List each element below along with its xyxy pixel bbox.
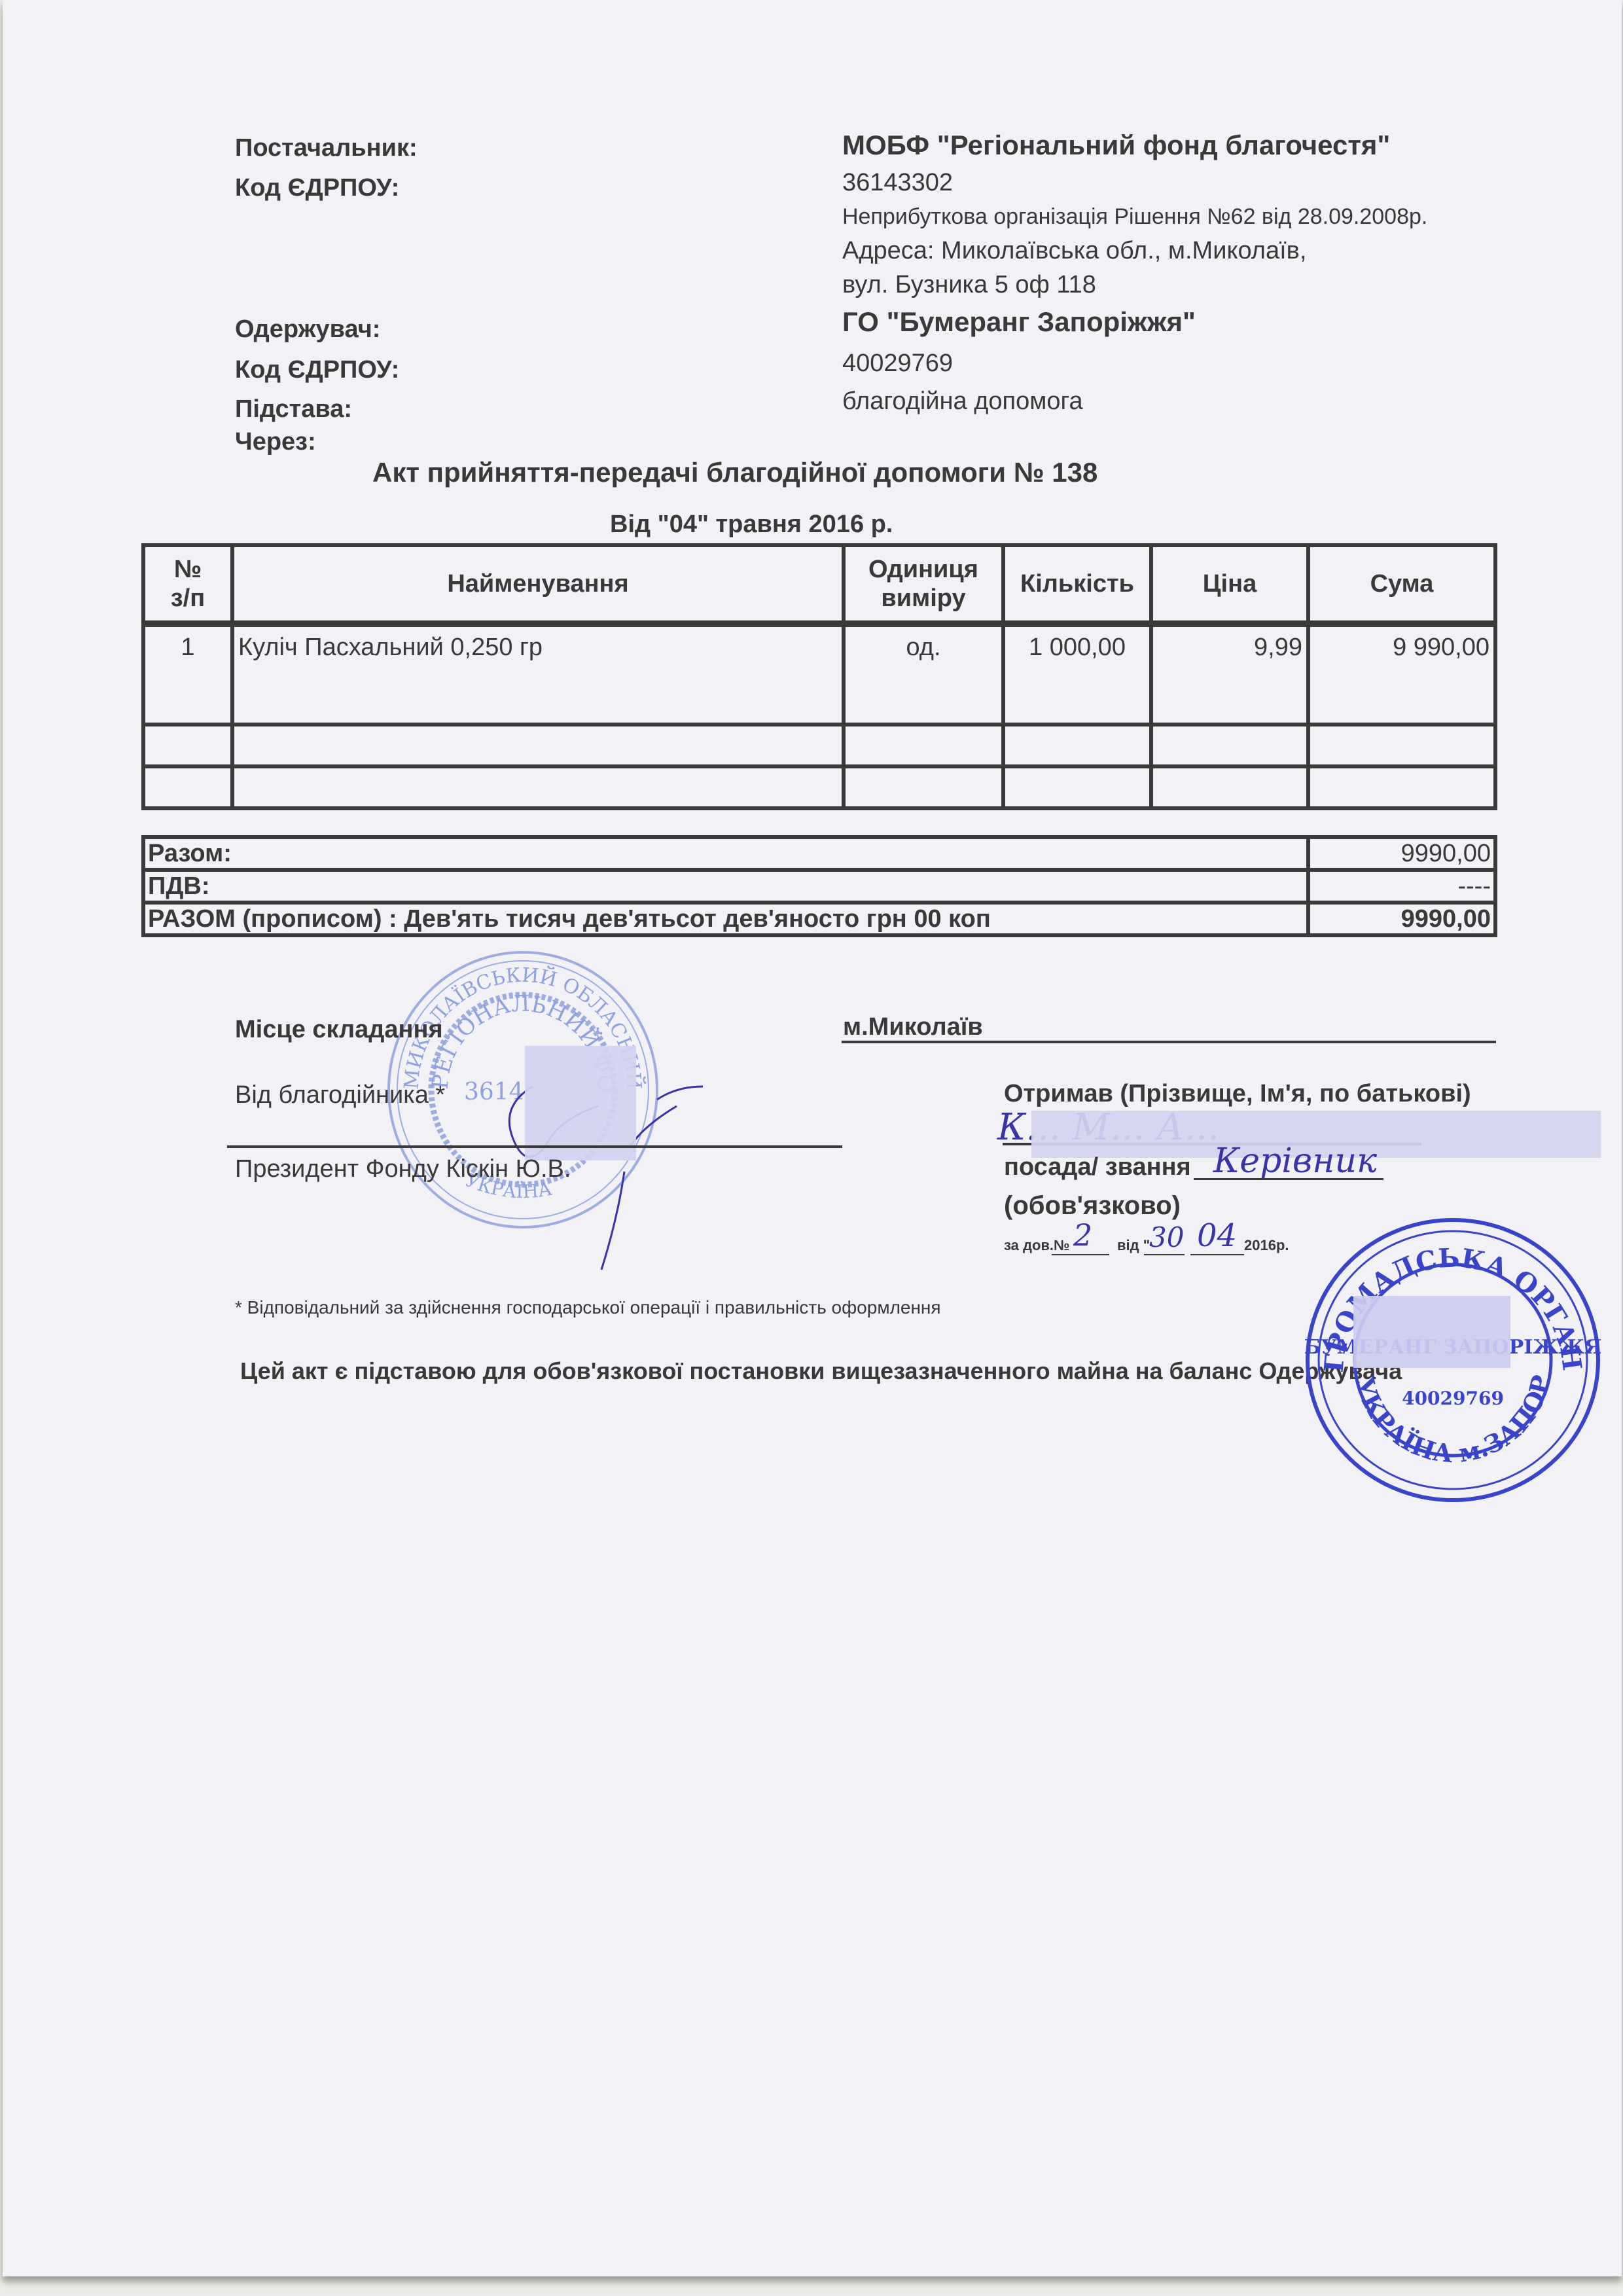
- mandatory-note: (обов'язково): [1004, 1191, 1181, 1221]
- total-row: Разом: 9990,00: [143, 837, 1495, 870]
- recipient-code-label: Код ЄДРПОУ:: [235, 356, 399, 384]
- basis-value: благодійна допомога: [842, 387, 1083, 416]
- place-underline: [842, 1041, 1496, 1043]
- poa-year: 2016р.: [1244, 1237, 1289, 1254]
- recipient-label: Одержувач:: [235, 315, 380, 344]
- redacted-signature: [525, 1046, 636, 1160]
- responsibility-note: * Відповідальний за здійснення господарс…: [235, 1297, 941, 1318]
- table-row: [143, 725, 1495, 766]
- poa-number-line: [1052, 1254, 1109, 1255]
- supplier-note: Неприбуткова організація Рішення №62 від…: [842, 204, 1427, 230]
- supplier-label: Постачальник:: [235, 134, 418, 162]
- items-table: №з/п Найменування Одиницявиміру Кількіст…: [141, 543, 1497, 810]
- svg-text:40029769: 40029769: [1402, 1388, 1504, 1409]
- row-unit: [844, 725, 1003, 766]
- vat-value: ----: [1308, 870, 1495, 903]
- poa-number-handwritten: 2: [1073, 1217, 1092, 1253]
- document-page: Постачальник: МОБФ "Регіональний фонд бл…: [3, 0, 1622, 2276]
- col-header-quantity: Кількість: [1003, 545, 1151, 624]
- redacted-stamp-name: [1353, 1296, 1510, 1368]
- row-price: 9,99: [1151, 624, 1308, 725]
- recipient-name: ГО "Бумеранг Запоріжжя": [842, 306, 1196, 338]
- poa-label: за дов.№: [1004, 1237, 1070, 1254]
- col-header-unit: Одиницявиміру: [844, 545, 1003, 624]
- poa-month-handwritten: 04: [1197, 1217, 1237, 1254]
- row-number: [143, 766, 232, 808]
- donor-label: Від благодійника *: [235, 1081, 445, 1109]
- poa-day-handwritten: 30: [1149, 1221, 1184, 1253]
- supplier-code: 36143302: [842, 169, 953, 197]
- row-name: Куліч Пасхальний 0,250 гр: [232, 624, 844, 725]
- table-header-row: №з/п Найменування Одиницявиміру Кількіст…: [143, 545, 1495, 624]
- statement: Цей акт є підставою для обов'язкової пос…: [240, 1357, 1402, 1385]
- totals-table: Разом: 9990,00 ПДВ: ---- РАЗОМ (прописом…: [141, 835, 1497, 937]
- position-handwritten: Керівник: [1213, 1141, 1377, 1181]
- row-name: [232, 725, 844, 766]
- supplier-name: МОБФ "Регіональний фонд благочестя": [842, 130, 1390, 161]
- table-row: [143, 766, 1495, 808]
- row-sum: 9 990,00: [1308, 624, 1495, 725]
- donor-signature-line: [227, 1145, 842, 1148]
- row-name: [232, 766, 844, 808]
- table-row: 1 Куліч Пасхальний 0,250 гр од. 1 000,00…: [143, 624, 1495, 725]
- president-name: Президент Фонду Кіскін Ю.В.: [235, 1155, 571, 1183]
- row-quantity: [1003, 725, 1151, 766]
- row-unit: [844, 766, 1003, 808]
- total-in-words-value: 9990,00: [1308, 903, 1495, 935]
- row-sum: [1308, 725, 1495, 766]
- col-header-sum: Сума: [1308, 545, 1495, 624]
- recipient-code: 40029769: [842, 350, 953, 378]
- place-value: м.Миколаїв: [843, 1013, 983, 1041]
- position-label: посада/ звання: [1004, 1153, 1191, 1181]
- row-price: [1151, 725, 1308, 766]
- total-in-words-row: РАЗОМ (прописом) : Дев'ять тисяч дев'ять…: [143, 903, 1495, 935]
- poa-from-label: від ": [1117, 1237, 1150, 1254]
- row-unit: од.: [844, 624, 1003, 725]
- basis-label: Підстава:: [235, 395, 352, 423]
- document-title: Акт прийняття-передачі благодійної допом…: [372, 457, 1097, 488]
- supplier-address-line1: Адреса: Миколаївська обл., м.Миколаїв,: [842, 237, 1306, 265]
- col-header-price: Ціна: [1151, 545, 1308, 624]
- place-label: Місце складання: [235, 1016, 443, 1044]
- position-underline: [1194, 1178, 1383, 1180]
- poa-day-line: [1144, 1254, 1185, 1255]
- total-in-words: РАЗОМ (прописом) : Дев'ять тисяч дев'ять…: [143, 903, 1308, 935]
- vat-label: ПДВ:: [143, 870, 1308, 903]
- col-header-number: №з/п: [143, 545, 232, 624]
- row-price: [1151, 766, 1308, 808]
- col-header-name: Найменування: [232, 545, 844, 624]
- row-sum: [1308, 766, 1495, 808]
- poa-month-line: [1190, 1254, 1244, 1255]
- supplier-address-line2: вул. Бузника 5 оф 118: [842, 271, 1096, 299]
- vat-row: ПДВ: ----: [143, 870, 1495, 903]
- via-label: Через:: [235, 428, 316, 456]
- total-value: 9990,00: [1308, 837, 1495, 870]
- document-date: Від "04" травня 2016 р.: [610, 511, 893, 539]
- total-label: Разом:: [143, 837, 1308, 870]
- row-quantity: 1 000,00: [1003, 624, 1151, 725]
- received-label: Отримав (Прізвище, Ім'я, по батькові): [1004, 1080, 1471, 1108]
- row-number: 1: [143, 624, 232, 725]
- row-quantity: [1003, 766, 1151, 808]
- supplier-code-label: Код ЄДРПОУ:: [235, 174, 399, 202]
- row-number: [143, 725, 232, 766]
